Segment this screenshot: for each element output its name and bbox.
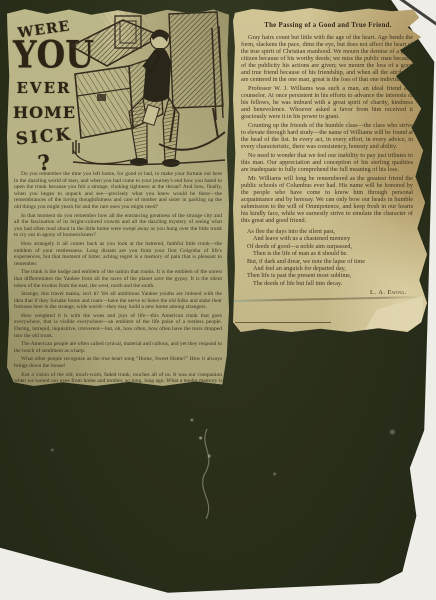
paragraph: The American people are often called cyn… xyxy=(14,341,222,354)
paragraph: No need to wonder that we feel our inabi… xyxy=(241,152,413,173)
poem-line: And feel an anguish for departed day, xyxy=(241,265,413,272)
paragraph: The trunk is the badge and emblem of the… xyxy=(14,269,222,289)
author-signature: L. A. Ewing. xyxy=(241,289,413,296)
poem-line: Then life is past the present most subli… xyxy=(241,272,413,279)
paragraph: What other people recognize as the true … xyxy=(14,356,222,369)
paragraph: Professor W. J. Williams was such a man,… xyxy=(241,85,413,120)
poem-line: And leave with us a chastened memory xyxy=(241,235,413,242)
paragraph: In that moment do you remember how all t… xyxy=(14,213,222,239)
poem-line: But, if dark and drear, we note the laps… xyxy=(241,258,413,265)
paragraph: Gray hairs count but little with the age… xyxy=(241,34,413,83)
torn-corner-fold xyxy=(365,296,423,330)
page-scratch-mark xyxy=(195,425,225,525)
homesick-article-text: Do you remember the time you left home, … xyxy=(14,171,222,393)
paragraph: How strangely it all comes back as you l… xyxy=(14,241,222,267)
memorial-poem: As flee the days into the silent past, A… xyxy=(241,228,413,287)
headline-word: YOU xyxy=(13,38,75,72)
obituary-text: Gray hairs count but little with the age… xyxy=(241,34,413,296)
paper-crease xyxy=(233,296,421,302)
homesick-headline: WERE YOU EVER HOME SICK ? xyxy=(13,22,75,175)
headline-word: HOME xyxy=(13,103,75,122)
end-divider-rule xyxy=(235,322,331,323)
headline-word: EVER xyxy=(13,79,75,97)
paragraph: Do you remember the time you left home, … xyxy=(14,171,222,211)
paragraph: Mr. Williams will long be remembered as … xyxy=(241,175,413,224)
article-were-you-ever-homesick: WERE YOU EVER HOME SICK ? xyxy=(7,8,229,386)
paragraph: Strange, this travel mania, isn't it? Ye… xyxy=(14,291,222,311)
poem-line: The deeds of life but fall into decay. xyxy=(241,280,413,287)
paragraph: Counting up the friends of the humble cl… xyxy=(241,122,413,150)
obituary-title: The Passing of a Good and True Friend. xyxy=(243,22,413,29)
homesick-illustration xyxy=(71,10,227,168)
scrapbook-scan: WERE YOU EVER HOME SICK ? xyxy=(0,0,436,600)
paragraph: How weighted it is with the woes and joy… xyxy=(14,313,222,339)
article-passing-of-a-good-and-true-friend: The Passing of a Good and True Friend. G… xyxy=(233,8,427,332)
poem-line: Of deeds of good—a noble aim surpassed, xyxy=(241,243,413,250)
poem-line: Then is the life of man as it should be. xyxy=(241,250,413,257)
poem-line: As flee the days into the silent past, xyxy=(241,228,413,235)
